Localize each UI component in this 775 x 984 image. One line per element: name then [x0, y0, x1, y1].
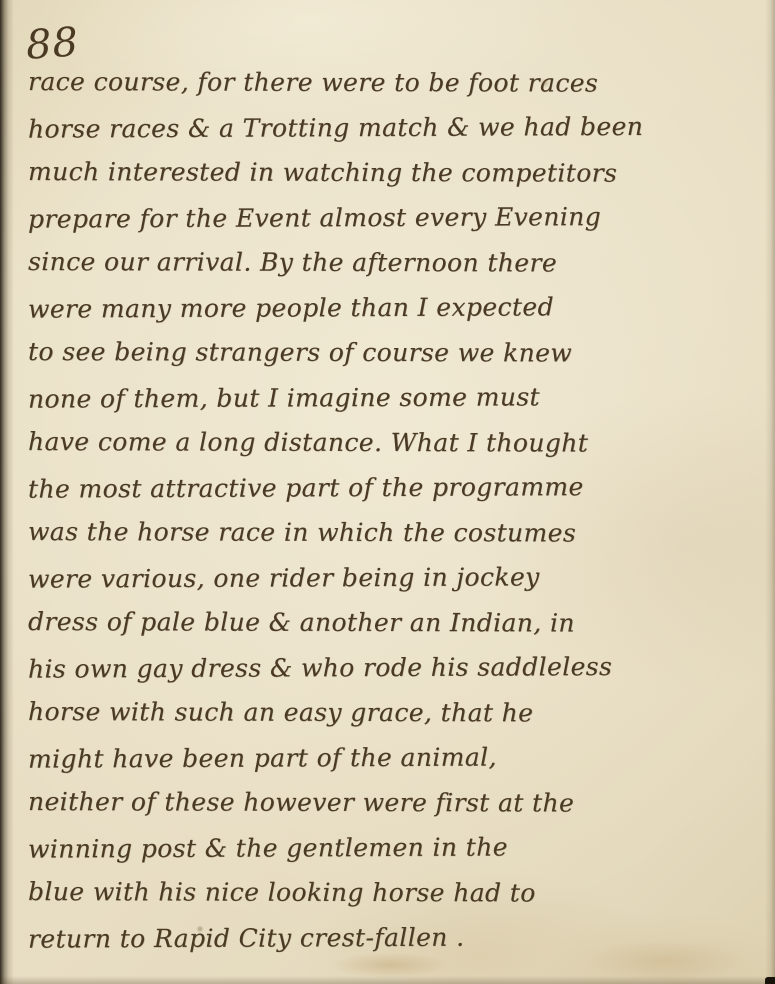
manuscript-page: 88 race course, for there were to be foo…: [0, 0, 775, 984]
manuscript-line: was the horse race in which the costumes: [28, 509, 748, 556]
manuscript-line: blue with his nice looking horse had to: [28, 869, 748, 916]
page-bottom-edge-shadow: [0, 976, 775, 984]
page-right-edge-shadow: [765, 0, 775, 984]
manuscript-line: dress of pale blue & another an Indian, …: [28, 599, 748, 646]
manuscript-line: prepare for the Event almost every Eveni…: [28, 193, 748, 241]
manuscript-line: much interested in watching the competit…: [28, 149, 748, 196]
manuscript-line: winning post & the gentlemen in the: [28, 823, 748, 871]
manuscript-line: since our arrival. By the afternoon ther…: [28, 239, 748, 286]
manuscript-line: neither of these however were first at t…: [28, 779, 748, 826]
manuscript-line: his own gay dress & who rode his saddlel…: [28, 643, 748, 691]
manuscript-line: return to Rapid City crest-fallen .: [28, 913, 748, 961]
manuscript-line: were various, one rider being in jockey: [28, 553, 748, 601]
page-left-edge-shadow: [0, 0, 14, 984]
corner-speck: [765, 977, 775, 984]
manuscript-line: race course, for there were to be foot r…: [28, 59, 748, 106]
manuscript-line: none of them, but I imagine some must: [28, 373, 748, 421]
manuscript-line: have come a long distance. What I though…: [28, 419, 748, 466]
manuscript-line: were many more people than I expected: [28, 283, 748, 331]
manuscript-line: horse races & a Trotting match & we had …: [28, 103, 748, 151]
manuscript-line: the most attractive part of the programm…: [28, 463, 748, 511]
manuscript-text-block: race course, for there were to be foot r…: [28, 60, 748, 960]
manuscript-line: horse with such an easy grace, that he: [28, 689, 748, 736]
manuscript-line: to see being strangers of course we knew: [28, 329, 748, 376]
manuscript-line: might have been part of the animal,: [28, 733, 748, 781]
